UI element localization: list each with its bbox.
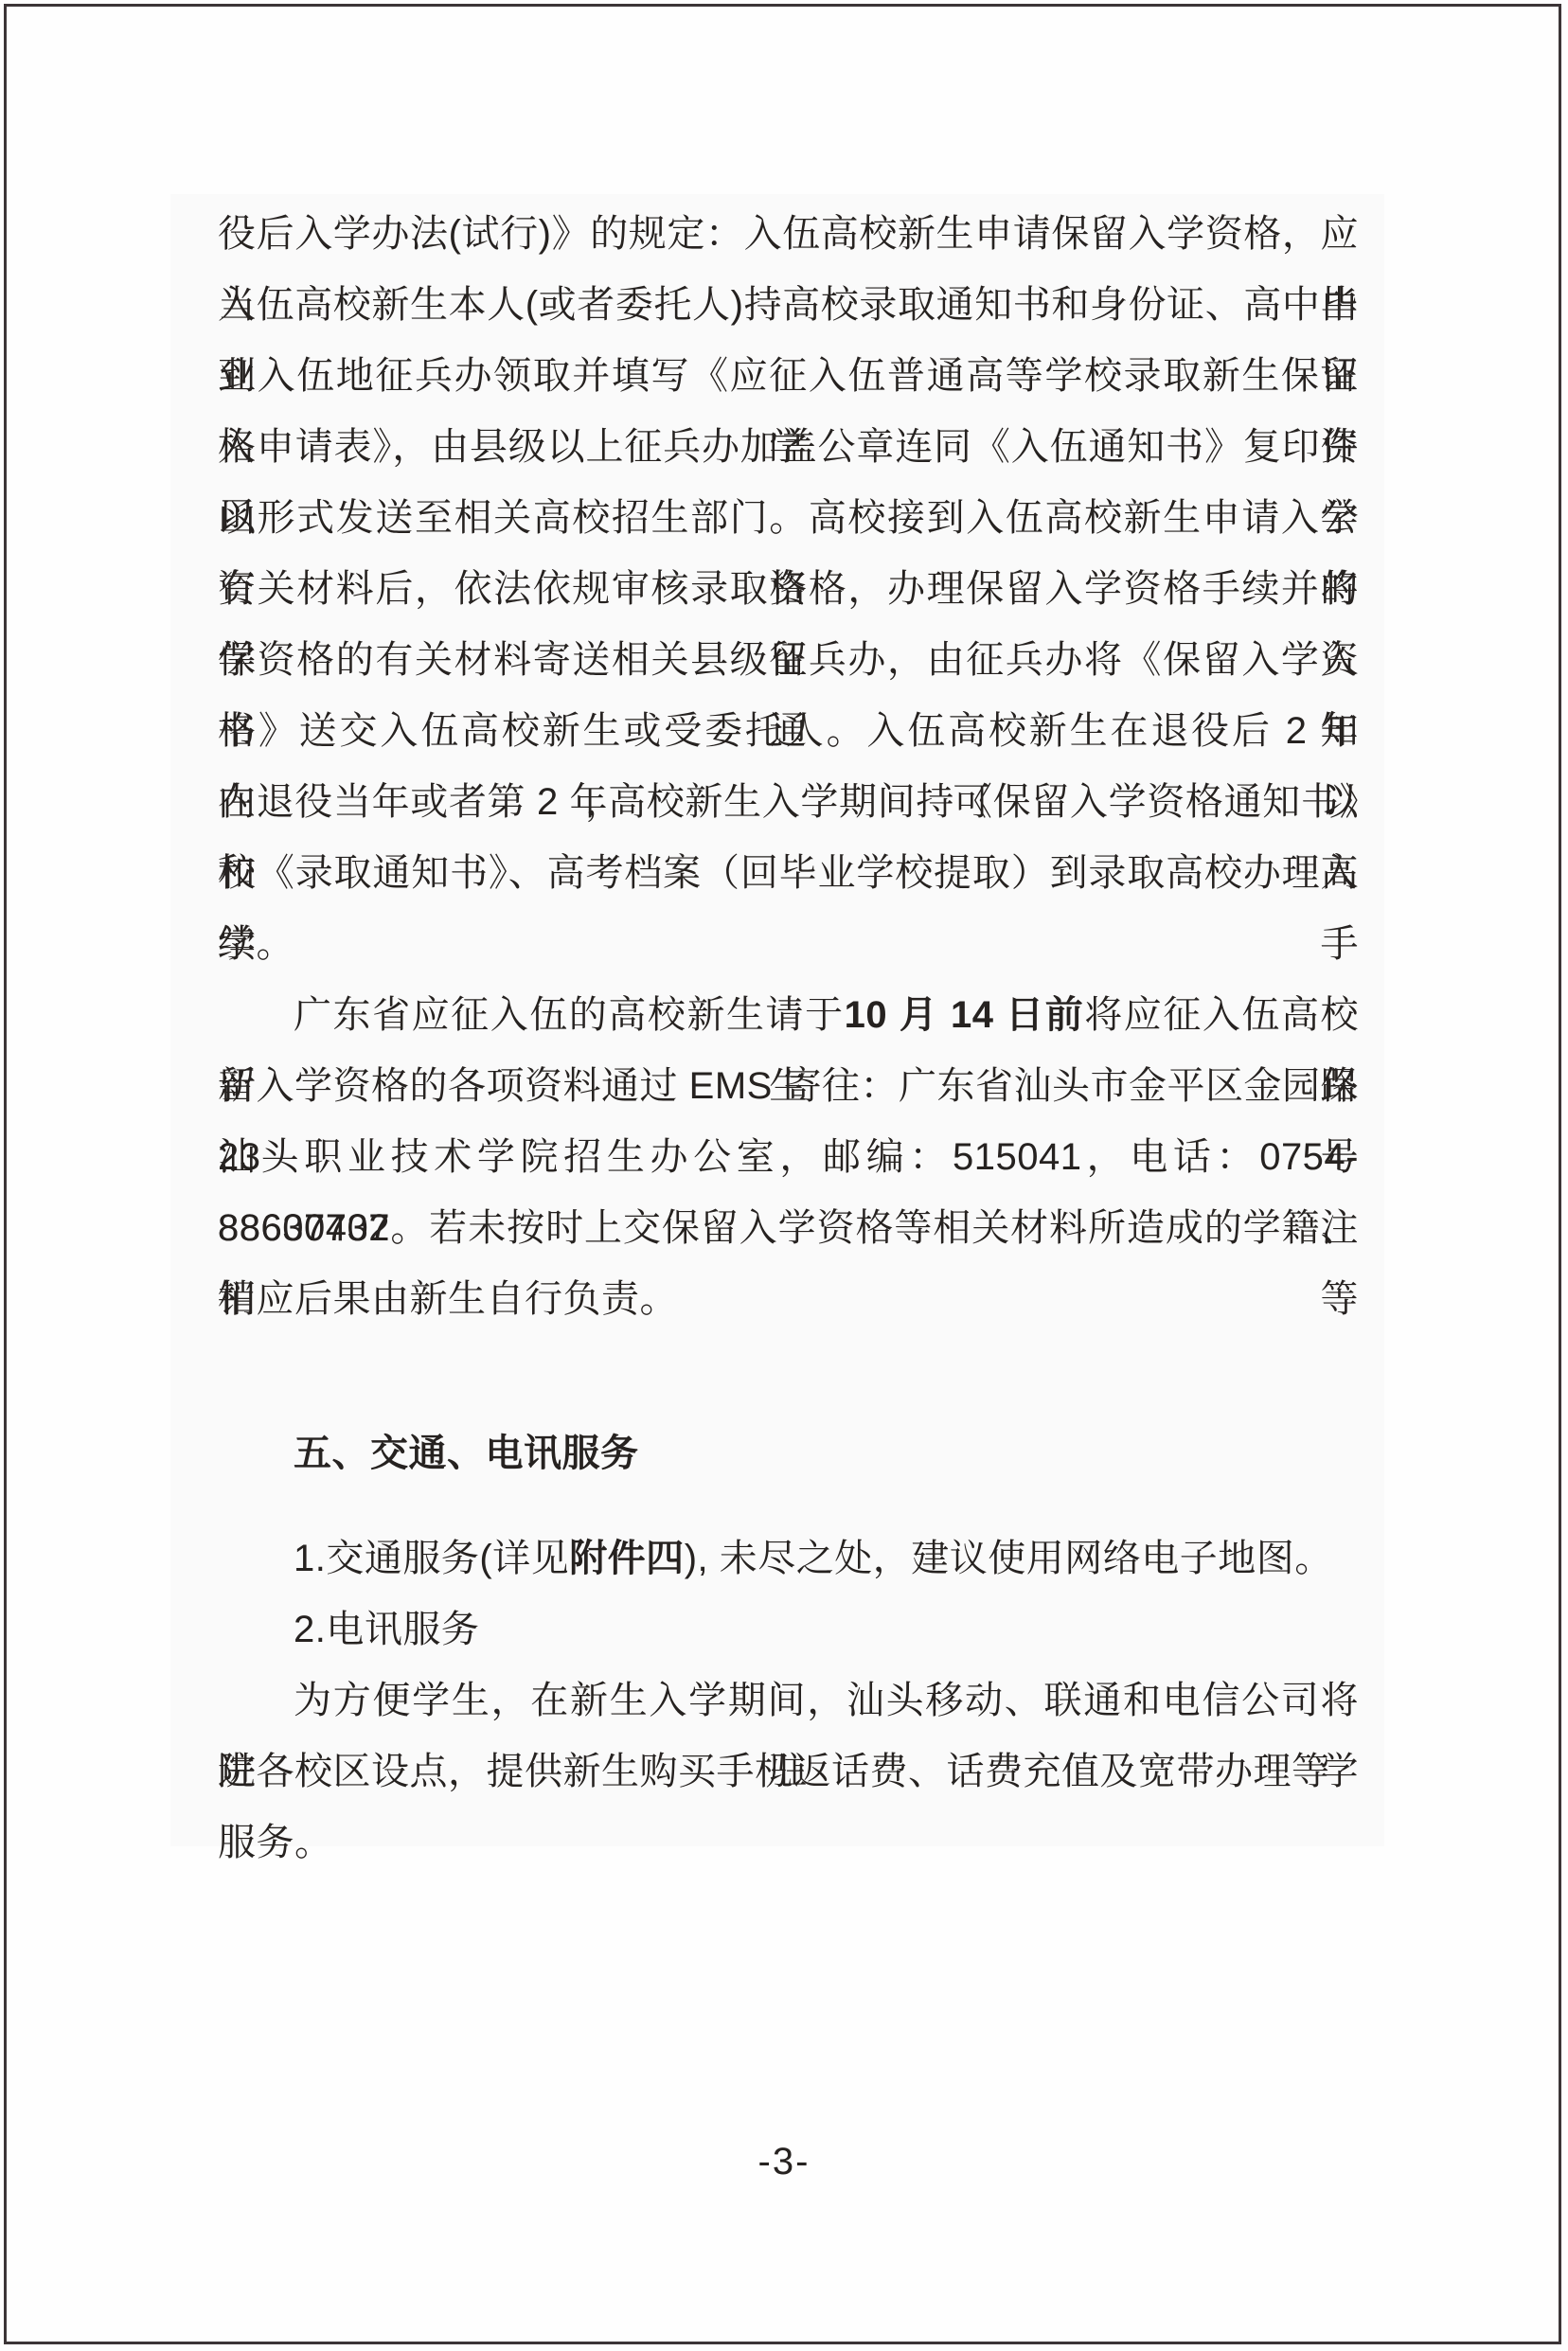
- bold-text-segment: 10 月 14 日前: [845, 994, 1085, 1036]
- text-line: 1.交通服务(详见附件四), 未尽之处，建议使用网络电子地图。: [218, 1523, 1359, 1594]
- text-line: 在退役当年或者第 2 年高校新生入学期间持《保留入学资格通知书》和高: [218, 767, 1359, 838]
- text-line: 留入学资格的各项资料通过 EMS 寄往：广东省汕头市金平区金园路 23 号: [218, 1051, 1359, 1122]
- text-segment: 1.交通服务(详见: [294, 1538, 569, 1579]
- text-line: 有关材料后，依法依规审核录取资格，办理保留入学资格手续并将保留入: [218, 554, 1359, 625]
- text-segment: 广东省应征入伍的高校新生请于: [294, 994, 845, 1036]
- text-segment: 相应后果由新生自行负责。: [218, 1278, 678, 1320]
- paragraph-enlistment-procedure: 役后入学办法(试行)》的规定：入伍高校新生申请保留入学资格，应当由入伍高校新生本…: [218, 199, 1359, 980]
- text-line: 广东省应征入伍的高校新生请于10 月 14 日前将应征入伍高校新生保: [218, 980, 1359, 1051]
- paragraph-mailing-deadline: 广东省应征入伍的高校新生请于10 月 14 日前将应征入伍高校新生保留入学资格的…: [218, 980, 1359, 1335]
- text-line: 函形式发送至相关高校招生部门。高校接到入伍高校新生申请入学资格的: [218, 483, 1359, 554]
- text-line: 2.电讯服务: [218, 1594, 1359, 1665]
- paragraph-telecom-service: 为方便学生，在新生入学期间，汕头移动、联通和电信公司将进驻学院各校区设点，提供新…: [218, 1665, 1359, 1808]
- text-line: 汕头职业技术学院招生办公室，邮编：515041，电话：0754-88630402…: [218, 1122, 1359, 1193]
- bold-text-segment: 五、交通、电讯服务: [294, 1433, 639, 1474]
- bold-text-segment: 附件四: [569, 1538, 685, 1579]
- text-segment: 续。: [218, 923, 294, 965]
- text-line: 五、交通、电讯服务: [218, 1418, 1359, 1489]
- text-line: 为方便学生，在新生入学期间，汕头移动、联通和电信公司将进驻学: [218, 1665, 1359, 1737]
- page-number: -3-: [0, 2127, 1568, 2198]
- text-line: 入伍高校新生本人(或者委托人)持高校录取通知书和身份证、高中毕业证: [218, 270, 1359, 341]
- list-transport-telecom-items: 1.交通服务(详见附件四), 未尽之处，建议使用网络电子地图。2.电讯服务: [218, 1523, 1359, 1665]
- text-line: 院各校区设点，提供新生购买手机返话费、话费充值及宽带办理等服务。: [218, 1737, 1359, 1808]
- text-segment: 院各校区设点，提供新生购买手机返话费、话费充值及宽带办理等服务。: [218, 1751, 1330, 1863]
- text-line: 校《录取通知书》、高考档案（回毕业学校提取）到录取高校办理入学手: [218, 838, 1359, 909]
- text-segment: ), 未尽之处，建议使用网络电子地图。: [685, 1538, 1333, 1579]
- text-segment: 2.电讯服务: [294, 1609, 479, 1650]
- text-line: 到入伍地征兵办领取并填写《应征入伍普通高等学校录取新生保留入学资: [218, 341, 1359, 412]
- text-line: 学资格的有关材料寄送相关县级征兵办，由征兵办将《保留入学资格通知: [218, 625, 1359, 696]
- text-line: 格申请表》，由县级以上征兵办加盖公章连同《入伍通知书》复印件以公: [218, 412, 1359, 483]
- text-segment: 校《录取通知书》、高考档案（回毕业学校提取）到录取高校办理入学手: [218, 852, 1359, 965]
- section-heading-transport-telecom: 五、交通、电讯服务: [218, 1418, 1359, 1489]
- document-content: 役后入学办法(试行)》的规定：入伍高校新生申请保留入学资格，应当由入伍高校新生本…: [218, 199, 1359, 1808]
- text-line: 书》送交入伍高校新生或受委托人。入伍高校新生在退役后 2 年内，可以: [218, 696, 1359, 767]
- text-line: 役后入学办法(试行)》的规定：入伍高校新生申请保留入学资格，应当由: [218, 199, 1359, 270]
- document-page: 役后入学办法(试行)》的规定：入伍高校新生申请保留入学资格，应当由入伍高校新生本…: [0, 0, 1568, 2351]
- text-line: 88607737。若未按时上交保留入学资格等相关材料所造成的学籍注销等: [218, 1193, 1359, 1264]
